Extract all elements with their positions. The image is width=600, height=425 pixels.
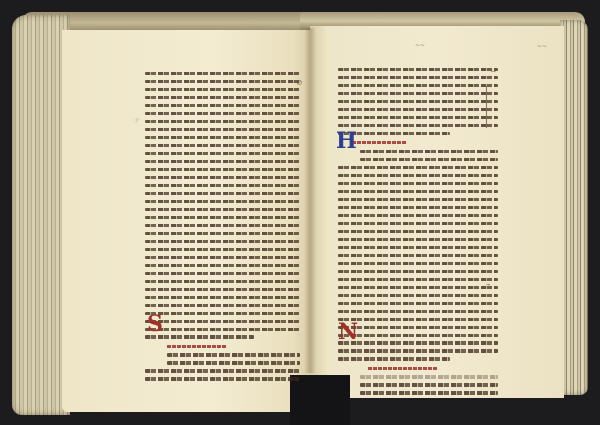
decorated-initial-h: H: [336, 130, 357, 152]
decorated-initial-n: N: [338, 321, 358, 343]
top-mark-glyph: ~~: [415, 42, 425, 49]
right-text-column: [338, 68, 498, 399]
left-text-column: [145, 72, 300, 385]
rubric-heading: [167, 343, 300, 350]
rubric-heading: [368, 365, 498, 372]
gutter-shadow: [304, 28, 316, 373]
folio-number-glyph: ~~: [537, 43, 547, 50]
decorated-initial-s: S: [147, 313, 163, 335]
rubric-heading: [352, 140, 498, 147]
manuscript-photo: [faint mark] ~~ ~~ ☞ ⊘ ~ ⌁ S H: [0, 0, 600, 425]
marginal-manicule-icon: ☞: [133, 116, 140, 125]
page-edges-right: [560, 20, 588, 395]
